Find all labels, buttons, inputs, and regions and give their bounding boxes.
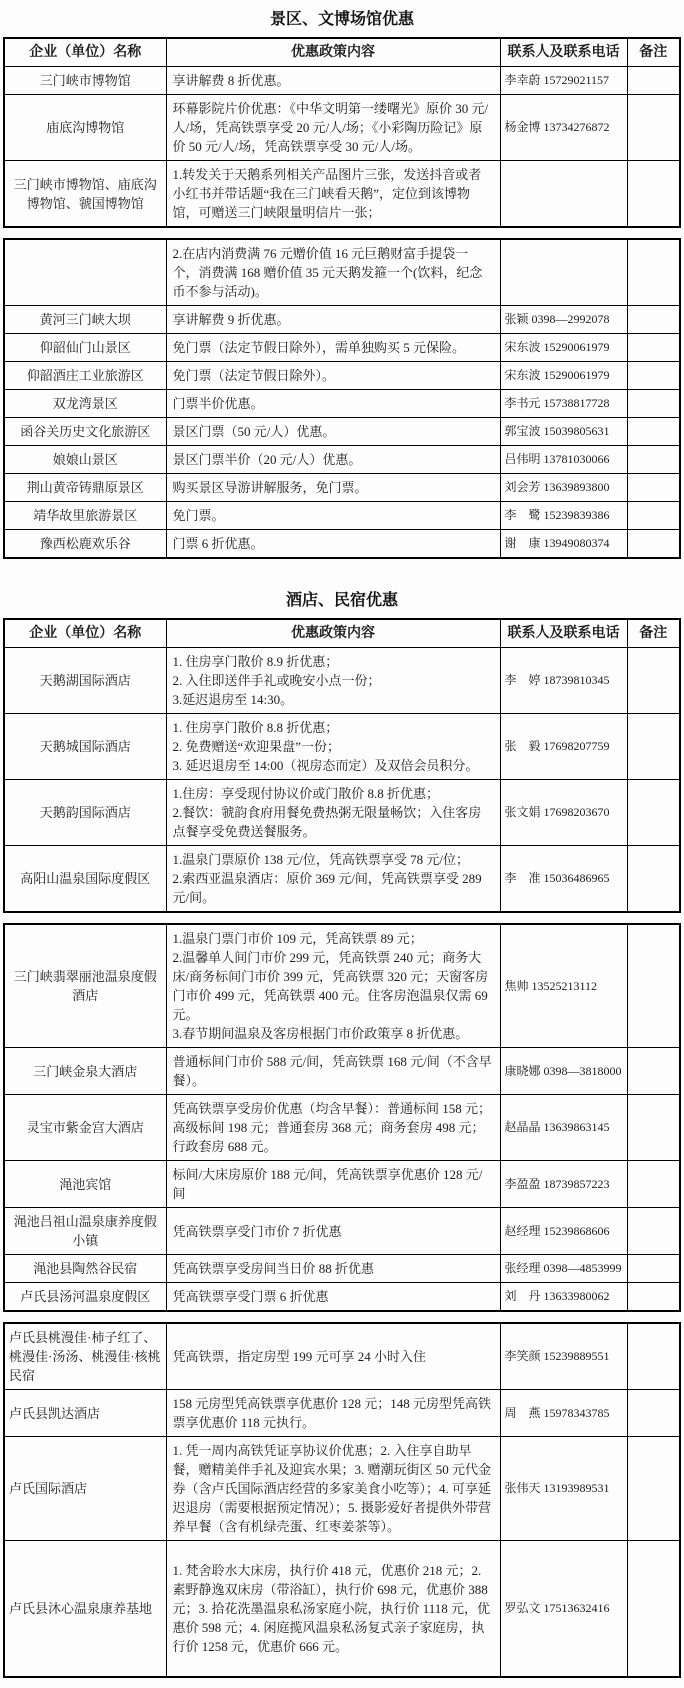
remark-cell	[627, 1283, 680, 1312]
contact-cell: 李幸蔚 15729021157	[500, 67, 627, 95]
discount-table: 企业（单位）名称优惠政策内容联系人及联系电话备注三门峡市博物馆享讲解费 8 折优…	[3, 37, 681, 228]
company-name-cell: 三门峡市博物馆、庙底沟博物馆、虢国博物馆	[4, 161, 166, 228]
policy-cell: 1. 梵舍聆水大床房，执行价 418 元，优惠价 218 元；2. 素野静逸双床…	[166, 1541, 500, 1677]
contact-cell: 张颖 0398—2992078	[500, 306, 627, 334]
contact-cell: 周 燕 15978343785	[500, 1390, 627, 1437]
company-name-cell: 渑池县陶然谷民宿	[4, 1255, 166, 1283]
column-header: 企业（单位）名称	[4, 38, 166, 67]
section-title: 景区、文博场馆优惠	[0, 6, 684, 29]
company-name-cell: 天鹅湖国际酒店	[4, 648, 166, 714]
policy-cell: 1.温泉门票原价 138 元/位，凭高铁票享受 78 元/位； 2.索西亚温泉酒…	[166, 846, 500, 913]
policy-cell: 1.住房：享受现付协议价或门散价 8.8 折优惠； 2.餐饮：虢韵食府用餐免费热…	[166, 780, 500, 846]
policy-cell: 享讲解费 8 折优惠。	[166, 67, 500, 95]
remark-cell	[627, 446, 680, 474]
company-name-cell: 荆山黄帝铸鼎原景区	[4, 474, 166, 502]
company-name-cell: 庙底沟博物馆	[4, 95, 166, 161]
company-name-cell: 灵宝市紫金宫大酒店	[4, 1095, 166, 1161]
table-row: 卢氏县汤河温泉度假区凭高铁票享受门票 6 折优惠刘 丹 13633980062	[4, 1283, 680, 1312]
remark-cell	[627, 502, 680, 530]
column-header: 备注	[627, 619, 680, 648]
remark-cell	[627, 648, 680, 714]
company-name-cell: 天鹅城国际酒店	[4, 714, 166, 780]
policy-cell: 门票 6 折优惠。	[166, 530, 500, 559]
discount-table: 三门峡翡翠丽池温泉度假酒店1.温泉门票门市价 109 元，凭高铁票 89 元； …	[3, 923, 681, 1312]
table-row: 2.在店内消费满 76 元赠价值 16 元巨鹅财富手提袋一个，消费满 168 赠…	[4, 239, 680, 306]
contact-cell: 刘 丹 13633980062	[500, 1283, 627, 1312]
column-header: 优惠政策内容	[166, 38, 500, 67]
policy-cell: 免门票（法定节假日除外）。	[166, 362, 500, 390]
company-name-cell: 仰韶仙门山景区	[4, 334, 166, 362]
table-row: 灵宝市紫金宫大酒店凭高铁票享受房价优惠（均含早餐）：普通标间 158 元；高级标…	[4, 1095, 680, 1161]
table-row: 卢氏县沐心温泉康养基地1. 梵舍聆水大床房，执行价 418 元，优惠价 218 …	[4, 1541, 680, 1677]
scenic-museum-discount-section: 景区、文博场馆优惠 企业（单位）名称优惠政策内容联系人及联系电话备注三门峡市博物…	[0, 6, 684, 559]
company-name-cell: 仰韶酒庄工业旅游区	[4, 362, 166, 390]
contact-cell	[500, 161, 627, 228]
contact-cell: 李笑颜 15239889551	[500, 1323, 627, 1390]
policy-cell: 1. 住房享门散价 8.8 折优惠； 2. 免费赠送“欢迎果盘”一份； 3. 延…	[166, 714, 500, 780]
table-row: 三门峡市博物馆、庙底沟博物馆、虢国博物馆1.转发关于天鹅系列相关产品图片三张，发…	[4, 161, 680, 228]
policy-cell: 免门票（法定节假日除外），需单独购买 5 元保险。	[166, 334, 500, 362]
company-name-cell: 卢氏县桃漫佳·柿子红了、桃漫佳·汤汤、桃漫佳·核桃民宿	[4, 1323, 166, 1390]
policy-cell: 门票半价优惠。	[166, 390, 500, 418]
contact-cell: 张 毅 17698207759	[500, 714, 627, 780]
contact-cell: 张文娟 17698203670	[500, 780, 627, 846]
company-name-cell: 渑池吕祖山温泉康养度假小镇	[4, 1208, 166, 1255]
policy-cell: 标间/大床房原价 188 元/间，凭高铁票享优惠价 128 元/间	[166, 1161, 500, 1208]
policy-cell: 购买景区导游讲解服务，免门票。	[166, 474, 500, 502]
table-row: 高阳山温泉国际度假区1.温泉门票原价 138 元/位，凭高铁票享受 78 元/位…	[4, 846, 680, 913]
table-row: 仰韶仙门山景区免门票（法定节假日除外），需单独购买 5 元保险。宋东波 1529…	[4, 334, 680, 362]
policy-cell: 2.在店内消费满 76 元赠价值 16 元巨鹅财富手提袋一个，消费满 168 赠…	[166, 239, 500, 306]
policy-cell: 环幕影院片价优惠：《中华文明第一缕曙光》原价 30 元/人/场，凭高铁票享受 2…	[166, 95, 500, 161]
contact-cell: 刘会芳 13639893800	[500, 474, 627, 502]
contact-cell: 罗弘文 17513632416	[500, 1541, 627, 1677]
company-name-cell: 卢氏县凯达酒店	[4, 1390, 166, 1437]
table-row: 靖华故里旅游景区免门票。李 鹭 15239839386	[4, 502, 680, 530]
table-row: 渑池吕祖山温泉康养度假小镇凭高铁票享受门市价 7 折优惠赵经理 15239868…	[4, 1208, 680, 1255]
remark-cell	[627, 418, 680, 446]
policy-cell: 普通标间门市价 588 元/间，凭高铁票 168 元/间（不含早餐）。	[166, 1048, 500, 1095]
hotel-homestay-discount-tables: 企业（单位）名称优惠政策内容联系人及联系电话备注天鹅湖国际酒店1. 住房享门散价…	[0, 618, 684, 1678]
company-name-cell: 卢氏国际酒店	[4, 1437, 166, 1541]
company-name-cell: 双龙湾景区	[4, 390, 166, 418]
remark-cell	[627, 390, 680, 418]
discount-table: 卢氏县桃漫佳·柿子红了、桃漫佳·汤汤、桃漫佳·核桃民宿凭高铁票，指定房型 199…	[3, 1322, 681, 1678]
table-row: 天鹅城国际酒店1. 住房享门散价 8.8 折优惠； 2. 免费赠送“欢迎果盘”一…	[4, 714, 680, 780]
table-row: 渑池县陶然谷民宿凭高铁票享受房间当日价 88 折优惠张经理 0398—48539…	[4, 1255, 680, 1283]
contact-cell: 李 婷 18739810345	[500, 648, 627, 714]
policy-cell: 1. 凭一周内高铁凭证享协议价优惠；2. 入住享自助早餐，赠精美伴手礼及迎宾水果…	[166, 1437, 500, 1541]
contact-cell: 宋东波 15290061979	[500, 362, 627, 390]
contact-cell: 谢 康 13949080374	[500, 530, 627, 559]
table-row: 荆山黄帝铸鼎原景区购买景区导游讲解服务，免门票。刘会芳 13639893800	[4, 474, 680, 502]
contact-cell: 杨金博 13734276872	[500, 95, 627, 161]
table-row: 卢氏县桃漫佳·柿子红了、桃漫佳·汤汤、桃漫佳·核桃民宿凭高铁票，指定房型 199…	[4, 1323, 680, 1390]
company-name-cell: 天鹅韵国际酒店	[4, 780, 166, 846]
company-name-cell: 豫西松鹿欢乐谷	[4, 530, 166, 559]
remark-cell	[627, 95, 680, 161]
header-row: 企业（单位）名称优惠政策内容联系人及联系电话备注	[4, 619, 680, 648]
table-row: 双龙湾景区门票半价优惠。李书元 15738817728	[4, 390, 680, 418]
company-name-cell: 三门峡市博物馆	[4, 67, 166, 95]
column-header: 联系人及联系电话	[500, 619, 627, 648]
contact-cell: 李 准 15036486965	[500, 846, 627, 913]
contact-cell: 赵晶晶 13639863145	[500, 1095, 627, 1161]
company-name-cell: 函谷关历史文化旅游区	[4, 418, 166, 446]
policy-cell: 凭高铁票享受门市价 7 折优惠	[166, 1208, 500, 1255]
table-row: 三门峡金泉大酒店普通标间门市价 588 元/间，凭高铁票 168 元/间（不含早…	[4, 1048, 680, 1095]
remark-cell	[627, 1437, 680, 1541]
contact-cell: 李书元 15738817728	[500, 390, 627, 418]
policy-cell: 景区门票（50 元/人）优惠。	[166, 418, 500, 446]
remark-cell	[627, 334, 680, 362]
remark-cell	[627, 846, 680, 913]
policy-cell: 凭高铁票享受房间当日价 88 折优惠	[166, 1255, 500, 1283]
company-name-cell: 卢氏县沐心温泉康养基地	[4, 1541, 166, 1677]
scenic-museum-discount-tables: 企业（单位）名称优惠政策内容联系人及联系电话备注三门峡市博物馆享讲解费 8 折优…	[0, 37, 684, 559]
remark-cell	[627, 1323, 680, 1390]
remark-cell	[627, 1095, 680, 1161]
header-row: 企业（单位）名称优惠政策内容联系人及联系电话备注	[4, 38, 680, 67]
table-row: 天鹅湖国际酒店1. 住房享门散价 8.9 折优惠； 2. 入住即送伴手礼或晚安小…	[4, 648, 680, 714]
remark-cell	[627, 1048, 680, 1095]
table-row: 豫西松鹿欢乐谷门票 6 折优惠。谢 康 13949080374	[4, 530, 680, 559]
contact-cell	[500, 239, 627, 306]
remark-cell	[627, 1255, 680, 1283]
table-row: 黄河三门峡大坝享讲解费 9 折优惠。张颖 0398—2992078	[4, 306, 680, 334]
contact-cell: 康晓娜 0398—3818000	[500, 1048, 627, 1095]
policy-cell: 凭高铁票享受房价优惠（均含早餐）：普通标间 158 元；高级标间 198 元；普…	[166, 1095, 500, 1161]
company-name-cell: 靖华故里旅游景区	[4, 502, 166, 530]
section-title: 酒店、民宿优惠	[0, 587, 684, 610]
contact-cell: 赵经理 15239868606	[500, 1208, 627, 1255]
column-header: 企业（单位）名称	[4, 619, 166, 648]
remark-cell	[627, 1161, 680, 1208]
table-row: 函谷关历史文化旅游区景区门票（50 元/人）优惠。郭宝波 15039805631	[4, 418, 680, 446]
table-row: 娘娘山景区景区门票半价（20 元/人）优惠。吕伟明 13781030066	[4, 446, 680, 474]
table-row: 庙底沟博物馆环幕影院片价优惠：《中华文明第一缕曙光》原价 30 元/人/场，凭高…	[4, 95, 680, 161]
document-page: 景区、文博场馆优惠 企业（单位）名称优惠政策内容联系人及联系电话备注三门峡市博物…	[0, 0, 684, 1678]
policy-cell: 1.温泉门票门市价 109 元，凭高铁票 89 元； 2.温馨单人间门市价 29…	[166, 924, 500, 1048]
remark-cell	[627, 1208, 680, 1255]
discount-table: 企业（单位）名称优惠政策内容联系人及联系电话备注天鹅湖国际酒店1. 住房享门散价…	[3, 618, 681, 913]
remark-cell	[627, 780, 680, 846]
company-name-cell: 三门峡翡翠丽池温泉度假酒店	[4, 924, 166, 1048]
policy-cell: 1. 住房享门散价 8.9 折优惠； 2. 入住即送伴手礼或晚安小点一份； 3.…	[166, 648, 500, 714]
table-row: 渑池宾馆标间/大床房原价 188 元/间，凭高铁票享优惠价 128 元/间李盈盈…	[4, 1161, 680, 1208]
company-name-cell: 三门峡金泉大酒店	[4, 1048, 166, 1095]
contact-cell: 张伟天 13193989531	[500, 1437, 627, 1541]
policy-cell: 凭高铁票，指定房型 199 元可享 24 小时入住	[166, 1323, 500, 1390]
remark-cell	[627, 924, 680, 1048]
policy-cell: 享讲解费 9 折优惠。	[166, 306, 500, 334]
remark-cell	[627, 67, 680, 95]
remark-cell	[627, 1390, 680, 1437]
company-name-cell: 渑池宾馆	[4, 1161, 166, 1208]
remark-cell	[627, 714, 680, 780]
contact-cell: 郭宝波 15039805631	[500, 418, 627, 446]
table-row: 仰韶酒庄工业旅游区免门票（法定节假日除外）。宋东波 15290061979	[4, 362, 680, 390]
contact-cell: 吕伟明 13781030066	[500, 446, 627, 474]
remark-cell	[627, 474, 680, 502]
policy-cell: 免门票。	[166, 502, 500, 530]
policy-cell: 1.转发关于天鹅系列相关产品图片三张，发送抖音或者小红书并带话题“我在三门峡看天…	[166, 161, 500, 228]
contact-cell: 宋东波 15290061979	[500, 334, 627, 362]
table-row: 天鹅韵国际酒店1.住房：享受现付协议价或门散价 8.8 折优惠； 2.餐饮：虢韵…	[4, 780, 680, 846]
column-header: 优惠政策内容	[166, 619, 500, 648]
contact-cell: 李盈盈 18739857223	[500, 1161, 627, 1208]
contact-cell: 焦帅 13525213112	[500, 924, 627, 1048]
hotel-homestay-discount-section: 酒店、民宿优惠 企业（单位）名称优惠政策内容联系人及联系电话备注天鹅湖国际酒店1…	[0, 587, 684, 1678]
company-name-cell	[4, 239, 166, 306]
column-header: 备注	[627, 38, 680, 67]
remark-cell	[627, 362, 680, 390]
contact-cell: 张经理 0398—4853999	[500, 1255, 627, 1283]
company-name-cell: 卢氏县汤河温泉度假区	[4, 1283, 166, 1312]
remark-cell	[627, 239, 680, 306]
table-row: 卢氏县凯达酒店158 元房型凭高铁票享优惠价 128 元；148 元房型凭高铁票…	[4, 1390, 680, 1437]
company-name-cell: 娘娘山景区	[4, 446, 166, 474]
policy-cell: 景区门票半价（20 元/人）优惠。	[166, 446, 500, 474]
remark-cell	[627, 1541, 680, 1677]
column-header: 联系人及联系电话	[500, 38, 627, 67]
company-name-cell: 高阳山温泉国际度假区	[4, 846, 166, 913]
contact-cell: 李 鹭 15239839386	[500, 502, 627, 530]
table-row: 卢氏国际酒店1. 凭一周内高铁凭证享协议价优惠；2. 入住享自助早餐，赠精美伴手…	[4, 1437, 680, 1541]
policy-cell: 158 元房型凭高铁票享优惠价 128 元；148 元房型凭高铁票享优惠价 11…	[166, 1390, 500, 1437]
company-name-cell: 黄河三门峡大坝	[4, 306, 166, 334]
policy-cell: 凭高铁票享受门票 6 折优惠	[166, 1283, 500, 1312]
table-row: 三门峡翡翠丽池温泉度假酒店1.温泉门票门市价 109 元，凭高铁票 89 元； …	[4, 924, 680, 1048]
remark-cell	[627, 306, 680, 334]
discount-table: 2.在店内消费满 76 元赠价值 16 元巨鹅财富手提袋一个，消费满 168 赠…	[3, 238, 681, 559]
remark-cell	[627, 161, 680, 228]
table-row: 三门峡市博物馆享讲解费 8 折优惠。李幸蔚 15729021157	[4, 67, 680, 95]
remark-cell	[627, 530, 680, 559]
